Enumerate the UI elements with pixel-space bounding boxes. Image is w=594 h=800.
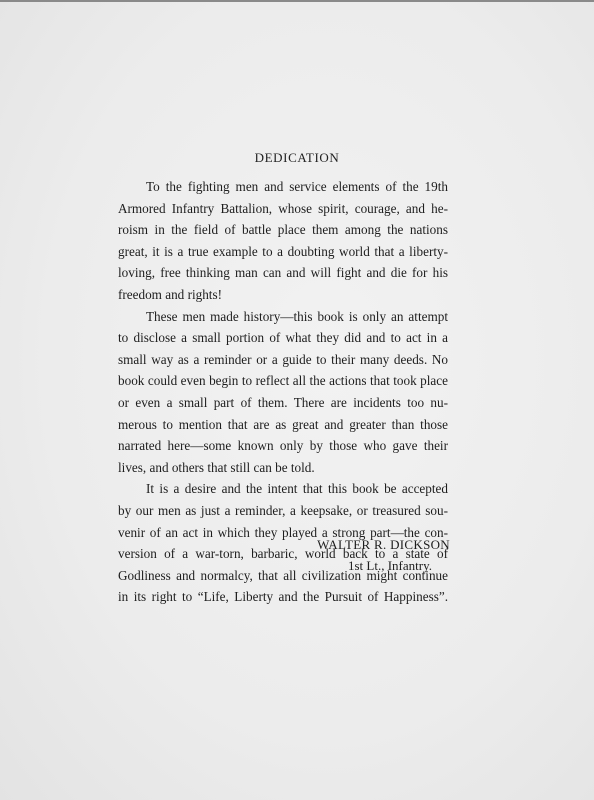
text-line: Armored Infantry Battalion, whose spirit… [118, 198, 448, 220]
text-line: book could even begin to reflect all the… [118, 370, 448, 392]
scanned-page: DEDICATION To the fighting men and servi… [0, 0, 594, 800]
text-line: small way as a reminder or a guide to th… [118, 349, 448, 371]
text-line: lives, and others that still can be told… [118, 457, 448, 479]
paragraph-2: These men made history—this book is only… [118, 306, 448, 479]
text-line: loving, free thinking man can and will f… [118, 262, 448, 284]
text-line: roism in the field of battle place them … [118, 219, 448, 241]
page-top-edge [0, 0, 594, 2]
text-line: freedom and rights! [118, 284, 448, 306]
text-line: merous to mention that are as great and … [118, 414, 448, 436]
signature-rank: 1st Lt., Infantry. [300, 558, 432, 574]
text-line: to disclose a small portion of what they… [118, 327, 448, 349]
text-line: in its right to “Life, Liberty and the P… [118, 586, 448, 608]
text-line: To the fighting men and service elements… [118, 176, 448, 198]
text-line: It is a desire and the intent that this … [118, 478, 448, 500]
text-line: narrated here—some known only by those w… [118, 435, 448, 457]
signature-name: WALTER R. DICKSON [300, 537, 450, 553]
text-line: by our men as just a reminder, a keepsak… [118, 500, 448, 522]
text-line: or even a small part of them. There are … [118, 392, 448, 414]
text-line: great, it is a true example to a doubtin… [118, 241, 448, 263]
text-line: These men made history—this book is only… [118, 306, 448, 328]
page-title: DEDICATION [0, 150, 594, 166]
paragraph-1: To the fighting men and service elements… [118, 176, 448, 306]
